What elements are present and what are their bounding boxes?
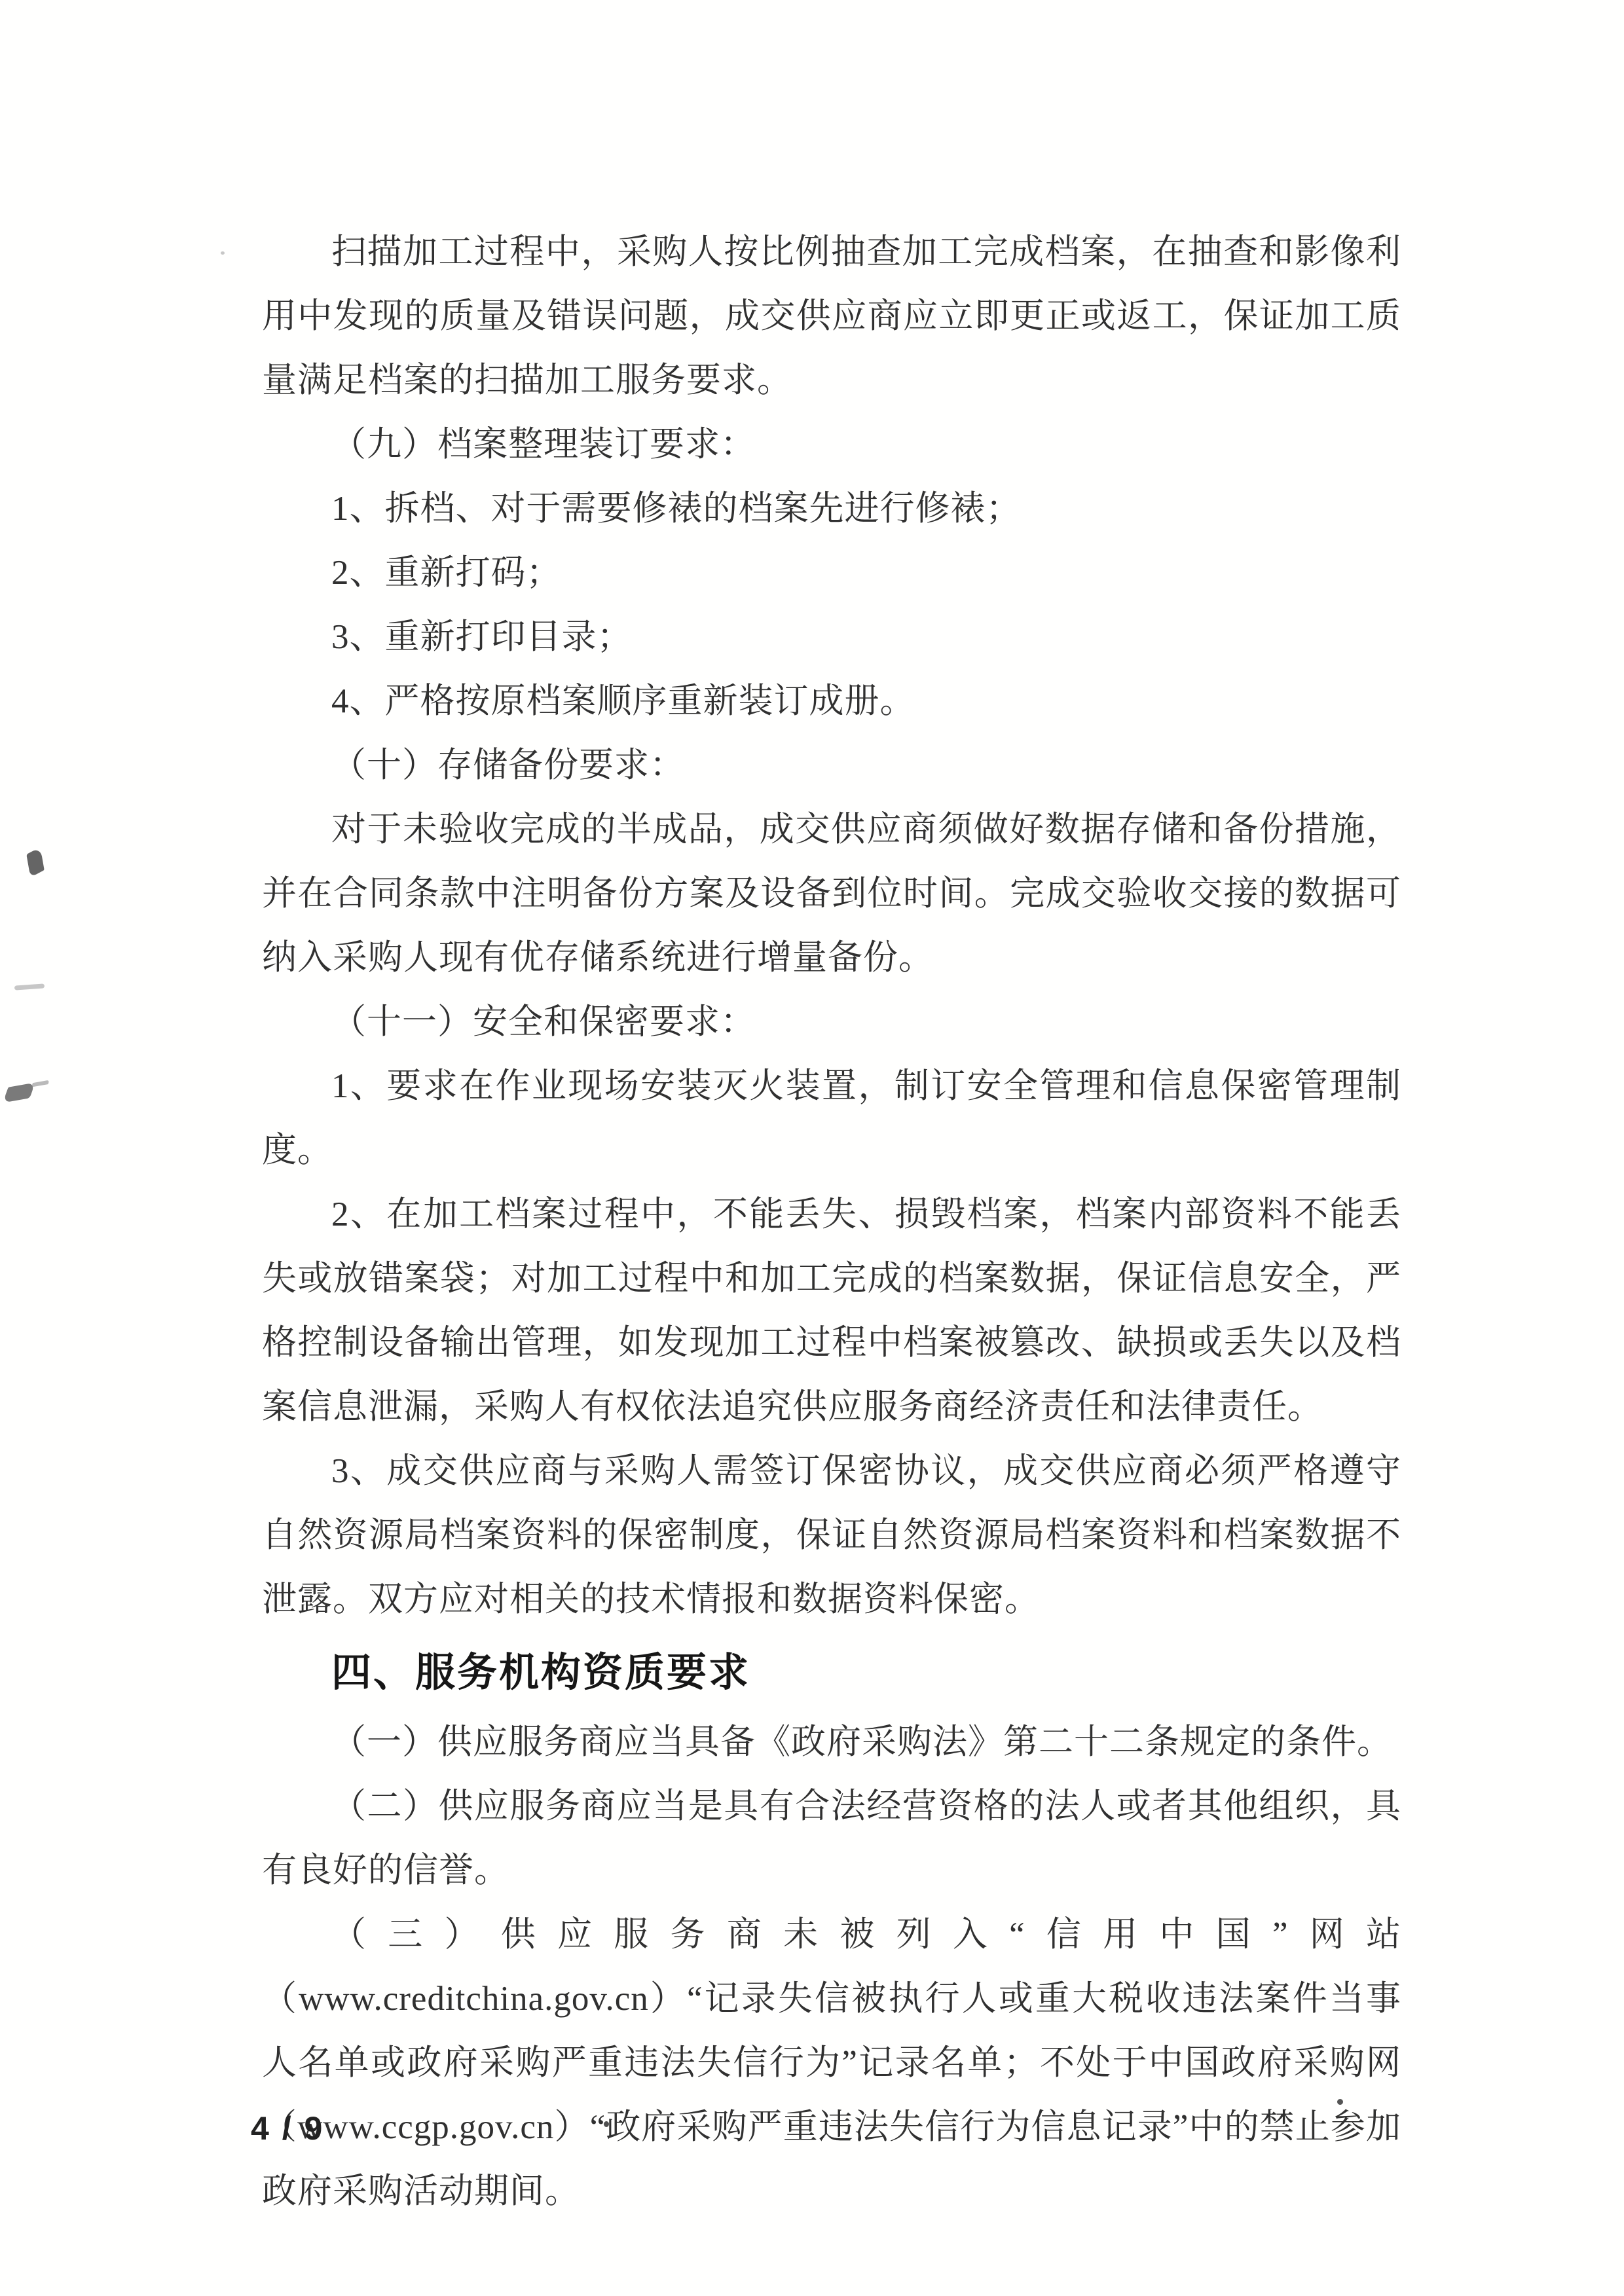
- paragraph: （三）供应服务商未被列入“信用中国”网站（www.creditchina.gov…: [262, 1903, 1401, 2223]
- scan-artifact-dash: [14, 983, 45, 990]
- paragraph: 2、重新打码；: [262, 541, 1401, 605]
- scan-artifact-smudge: [26, 847, 44, 877]
- scan-artifact-dot: [221, 251, 225, 255]
- paragraph: 4、严格按原档案顺序重新装订成册。: [262, 669, 1401, 733]
- page-number: 4 / 9: [251, 2109, 324, 2147]
- paragraph: （十）存储备份要求：: [262, 733, 1401, 797]
- paragraph: 对于未验收完成的半成品，成交供应商须做好数据存储和备份措施，并在合同条款中注明备…: [262, 797, 1401, 990]
- scan-artifact-smudge: [3, 1082, 35, 1102]
- paragraph: 扫描加工过程中，采购人按比例抽查加工完成档案，在抽查和影像利用中发现的质量及错误…: [262, 220, 1401, 412]
- paragraph: 1、要求在作业现场安装灭火装置，制订安全管理和信息保密管理制度。: [262, 1054, 1401, 1182]
- section-heading: 四、服务机构资质要求: [262, 1639, 1401, 1705]
- paragraph: （十一）安全和保密要求：: [262, 990, 1401, 1054]
- document-page: 扫描加工过程中，采购人按比例抽查加工完成档案，在抽查和影像利用中发现的质量及错误…: [0, 0, 1624, 2296]
- paragraph: （一）供应服务商应当具备《政府采购法》第二十二条规定的条件。: [262, 1710, 1401, 1774]
- paragraph: 3、成交供应商与采购人需签订保密协议，成交供应商必须严格遵守自然资源局档案资料的…: [262, 1439, 1401, 1631]
- document-body: 扫描加工过程中，采购人按比例抽查加工完成档案，在抽查和影像利用中发现的质量及错误…: [262, 220, 1401, 2223]
- paragraph: 1、拆档、对于需要修裱的档案先进行修裱；: [262, 477, 1401, 541]
- paragraph: （二）供应服务商应当是具有合法经营资格的法人或者其他组织，具有良好的信誉。: [262, 1774, 1401, 1903]
- paragraph: 2、在加工档案过程中，不能丢失、损毁档案，档案内部资料不能丢失或放错案袋；对加工…: [262, 1182, 1401, 1439]
- paragraph: 3、重新打印目录；: [262, 605, 1401, 669]
- paragraph: （九）档案整理装订要求：: [262, 412, 1401, 477]
